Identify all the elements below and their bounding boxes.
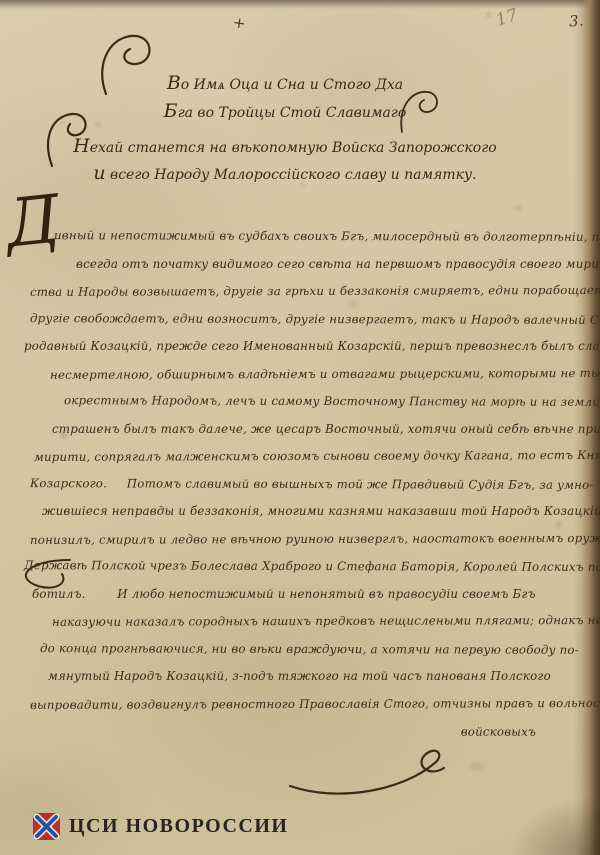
manuscript-line: ботилъ. И любо непостижимый и непонятый … bbox=[32, 587, 572, 615]
closing-flourish bbox=[286, 746, 456, 802]
manuscript-line: Державѣ Полской чрезъ Болеслава Храброго… bbox=[24, 558, 572, 587]
corner-shadow bbox=[510, 795, 600, 855]
manuscript-line: Козарского. Потомъ славимый во вышныхъ т… bbox=[30, 476, 572, 505]
header-block: Во Имѧ Оца и Сна и Стого Дха Бга во Трой… bbox=[70, 70, 500, 188]
manuscript-line: до конца прогнѣваючися, ни во вѣки вражд… bbox=[40, 641, 572, 670]
manuscript-line: войсковыхъ bbox=[24, 723, 536, 752]
manuscript-line: окрестнымъ Народомъ, лечъ и самому Восто… bbox=[64, 393, 572, 422]
manuscript-line: другіе свобождаетъ, едни возноситъ, друг… bbox=[30, 311, 572, 340]
manuscript-line: всегда отъ початку видимого сего свѣта н… bbox=[76, 257, 572, 285]
manuscript-line: ивный и непостижимый въ судбахъ своихъ Б… bbox=[54, 228, 572, 257]
invocation-line-2: Бга во Тройцы Стой Славимаго bbox=[70, 98, 500, 126]
manuscript-line: жившіеся неправды и беззаконія, многими … bbox=[42, 504, 572, 532]
manuscript-body: ивный и непостижимый въ судбахъ своихъ Б… bbox=[24, 229, 572, 752]
manuscript-line: выпровадити, воздвигнулъ ревностного Пра… bbox=[30, 696, 572, 725]
watermark-label: ЦСИ НОВОРОССИИ bbox=[69, 815, 288, 838]
invocation-line-1: Во Имѧ Оца и Сна и Стого Дха bbox=[70, 70, 500, 98]
manuscript-line: страшенъ былъ такъ далече, же цесаръ Вос… bbox=[52, 422, 572, 450]
top-cross-mark: + bbox=[232, 13, 247, 33]
novorossiya-flag-icon bbox=[33, 813, 60, 840]
manuscript-line: мирити, сопрягалъ малженскимъ союзомъ сы… bbox=[34, 448, 572, 477]
paper-stain bbox=[470, 762, 484, 771]
manuscript-line: несмертелною, обширнымъ владѣніемъ и отв… bbox=[50, 366, 572, 395]
manuscript-line: родавный Козацкій, прежде сего Именованн… bbox=[24, 339, 572, 367]
manuscript-line: ства и Народы возвышаетъ, другіе за грѣх… bbox=[30, 283, 572, 312]
page-number: 3. bbox=[568, 12, 584, 31]
dedication-line-1: Нехай станется на вѣкопомную Войска Запо… bbox=[70, 134, 500, 161]
paper-stain bbox=[486, 12, 491, 17]
watermark: ЦСИ НОВОРОССИИ bbox=[33, 813, 288, 840]
manuscript-line: наказуючи наказалъ сородныхъ нашихъ пред… bbox=[52, 613, 572, 642]
dedication-line-2: и всего Народу Малороссійского славу и п… bbox=[70, 161, 500, 188]
manuscript-line: понизилъ, смирилъ и ледво не вѣчною руин… bbox=[30, 531, 572, 560]
paper-stain bbox=[515, 205, 523, 211]
manuscript-page: + 17 3. Во Имѧ Оца и Сна и Стого Дха Бга… bbox=[0, 0, 600, 855]
manuscript-line: мянутый Народъ Козацкій, з-подъ тяжкого … bbox=[48, 669, 572, 697]
